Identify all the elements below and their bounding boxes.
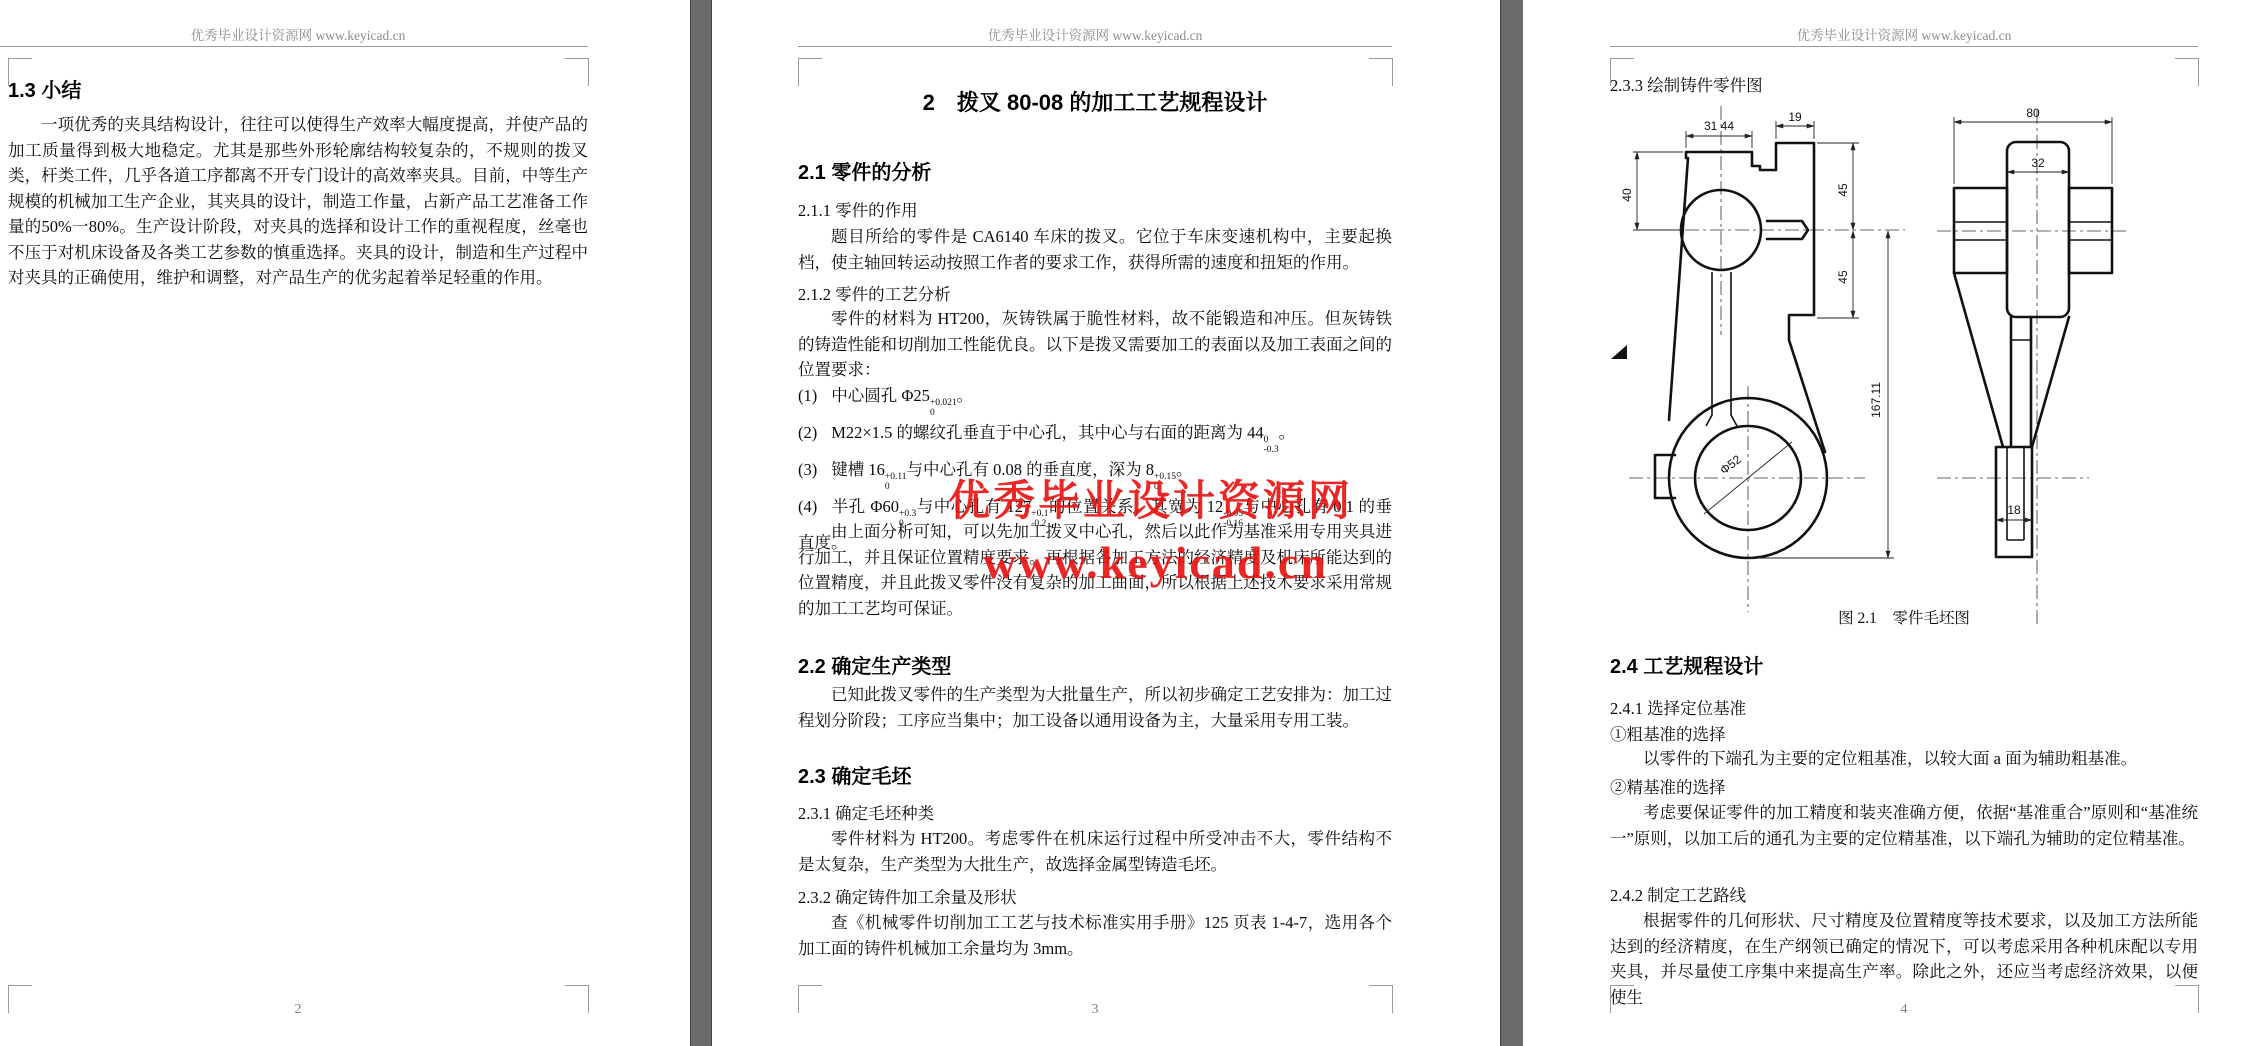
- casting-part-drawing: 31 44 19 40 45 45 167.11 Φ52: [1523, 0, 2254, 640]
- dim-label: 40: [1620, 188, 1634, 202]
- red-site-watermark-line2: www.keyicad.cn: [983, 536, 1328, 589]
- text-boundary-mark: [1369, 58, 1393, 86]
- paragraph-process-analysis: 零件的材料为 HT200，灰铸铁属于脆性材料，故不能锻造和冲压。但灰铸铁的铸造性…: [798, 306, 1392, 383]
- paragraph-rough-datum: 以零件的下端孔为主要的定位粗基准，以较大面 a 面为辅助粗基准。: [1610, 746, 2198, 772]
- paragraph-machining-allowance: 查《机械零件切削加工工艺与技术标准实用手册》125 页表 1-4-7，选用各个加…: [798, 910, 1392, 961]
- subheading-rough-datum: ①粗基准的选择: [1610, 721, 1726, 745]
- paragraph-process-route: 根据零件的几何形状、尺寸精度及位置精度等技术要求，以及加工方法所能达到的经济精度…: [1610, 908, 2198, 1010]
- page-number: 4: [1610, 1002, 2198, 1018]
- dim-label: 31 44: [1704, 119, 1734, 133]
- tolerance-stack: +0.0210: [930, 399, 957, 418]
- heading-2-3-1: 2.3.1 确定毛坯种类: [798, 800, 934, 824]
- dim-label: 18: [2007, 503, 2021, 517]
- paragraph-fine-datum: 考虑要保证零件的加工精度和装夹准确方便，依据“基准重合”原则和“基准统一”原则，…: [1610, 800, 2198, 851]
- dim-label: 80: [2026, 106, 2040, 120]
- summary-paragraph: 一项优秀的夹具结构设计，往往可以使得生产效率大幅度提高，并使产品的加工质量得到极…: [8, 112, 588, 291]
- dim-label: 167.11: [1869, 382, 1883, 418]
- heading-2-1-2: 2.1.2 零件的工艺分析: [798, 281, 951, 305]
- dim-label: Φ52: [1717, 452, 1744, 477]
- heading-2-2: 2.2 确定生产类型: [798, 650, 951, 679]
- dim-label: 45: [1836, 270, 1850, 284]
- figure-caption: 图 2.1 零件毛坯图: [1610, 606, 2198, 628]
- page-number: 3: [798, 1002, 1392, 1018]
- text-boundary-mark: [798, 58, 822, 86]
- document-page-4: 优秀毕业设计资源网 www.keyicad.cn 2.3.3 绘制铸件零件图: [1523, 0, 2254, 1046]
- item-number: (3): [798, 460, 831, 479]
- dim-label: 19: [1788, 110, 1802, 124]
- tolerance-stack: +0.110: [885, 473, 907, 492]
- heading-2-4: 2.4 工艺规程设计: [1610, 650, 1763, 679]
- heading-2-1-1: 2.1.1 零件的作用: [798, 197, 918, 221]
- header-rule: [798, 46, 1392, 47]
- heading-2-3-2: 2.3.2 确定铸件加工余量及形状: [798, 884, 1017, 908]
- page-gap: [1500, 0, 1524, 1046]
- chapter-title: 2 拨叉 80-08 的加工工艺规程设计: [798, 86, 1392, 117]
- text-boundary-mark: [565, 58, 589, 86]
- heading-2-3: 2.3 确定毛坯: [798, 760, 911, 789]
- header-rule: [0, 46, 588, 47]
- document-viewer: 优秀毕业设计资源网 www.keyicad.cn 1.3 小结 一项优秀的夹具结…: [0, 0, 2254, 1046]
- page-number: 2: [8, 1002, 588, 1018]
- requirement-item-1: (1)中心圆孔 Φ25+0.0210。: [798, 382, 1392, 418]
- dim-label: 32: [2031, 156, 2045, 170]
- tolerance-stack: 0-0.3: [1264, 436, 1279, 455]
- heading-2-4-1: 2.4.1 选择定位基准: [1610, 695, 1746, 719]
- page-header-watermark: 优秀毕业设计资源网 www.keyicad.cn: [8, 24, 588, 44]
- cursor-triangle-icon: [1611, 345, 1627, 359]
- paragraph-blank-type: 零件材料为 HT200。考虑零件在机床运行过程中所受冲击不大，零件结构不是太复杂…: [798, 826, 1392, 877]
- subheading-fine-datum: ②精基准的选择: [1610, 774, 1726, 798]
- paragraph-production-type: 已知此拨叉零件的生产类型为大批量生产，所以初步确定工艺安排为：加工过程划分阶段；…: [798, 682, 1392, 733]
- section-heading-1-3: 1.3 小结: [8, 74, 81, 103]
- item-number: (1): [798, 386, 831, 405]
- page-header-watermark: 优秀毕业设计资源网 www.keyicad.cn: [798, 24, 1392, 44]
- dim-label: 45: [1836, 183, 1850, 197]
- page-gap: [690, 0, 712, 1046]
- paragraph-part-function: 题目所给的零件是 CA6140 车床的拨叉。它位于车床变速机构中，主要起换档，使…: [798, 224, 1392, 275]
- heading-2-1: 2.1 零件的分析: [798, 156, 931, 185]
- red-site-watermark-line1: 优秀毕业设计资源网: [948, 468, 1353, 528]
- requirement-item-2: (2)M22×1.5 的螺纹孔垂直于中心孔，其中心与右面的距离为 440-0.3…: [798, 419, 1392, 455]
- heading-2-4-2: 2.4.2 制定工艺路线: [1610, 882, 1746, 906]
- item-number: (4): [798, 497, 831, 516]
- document-page-2: 优秀毕业设计资源网 www.keyicad.cn 1.3 小结 一项优秀的夹具结…: [0, 0, 690, 1046]
- item-number: (2): [798, 423, 831, 442]
